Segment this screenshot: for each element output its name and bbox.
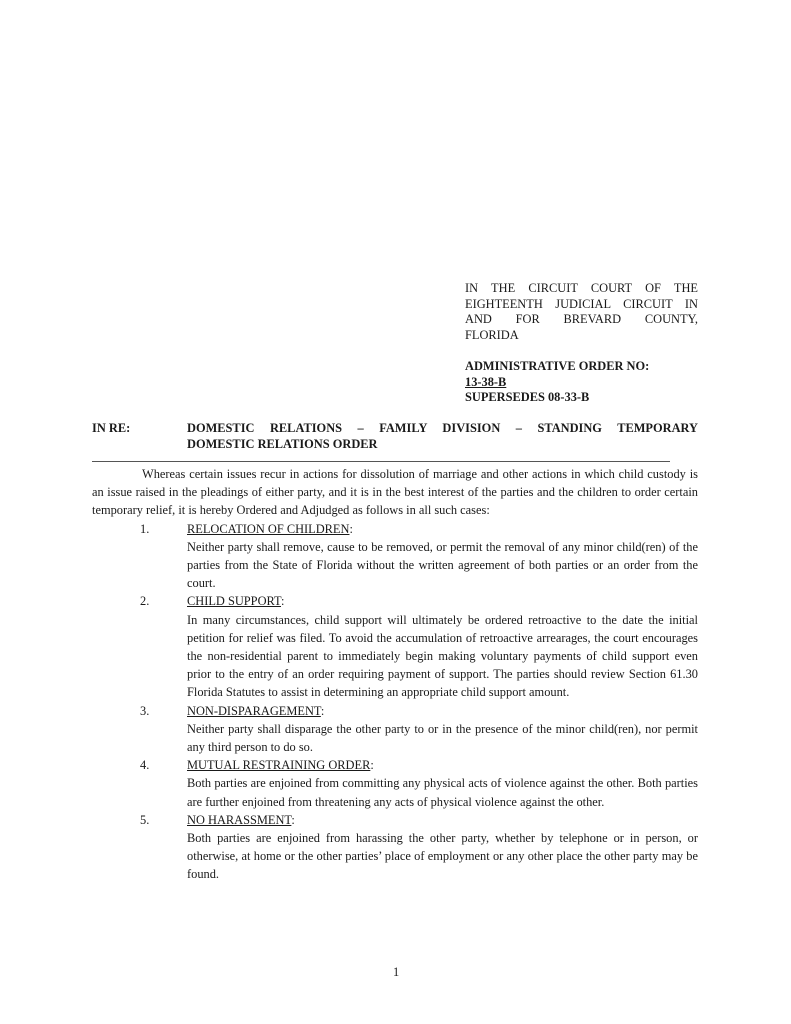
order-label: ADMINISTRATIVE ORDER NO: <box>465 359 705 375</box>
provision-number: 5. <box>140 811 149 829</box>
court-caption-line: FLORIDA <box>465 328 698 344</box>
supersedes-note: SUPERSEDES 08-33-B <box>465 390 705 406</box>
court-caption-line: EIGHTEENTH JUDICIAL CIRCUIT IN <box>465 297 698 313</box>
order-title-line: DOMESTIC RELATIONS – FAMILY DIVISION – S… <box>187 421 698 437</box>
provision-item: 4. MUTUAL RESTRAINING ORDER: Both partie… <box>92 756 698 811</box>
order-title-line: DOMESTIC RELATIONS ORDER <box>187 437 698 453</box>
administrative-order-block: ADMINISTRATIVE ORDER NO: 13-38-B SUPERSE… <box>465 359 705 406</box>
provision-body: Neither party shall disparage the other … <box>187 720 698 756</box>
provision-heading: CHILD SUPPORT: <box>187 592 698 610</box>
section-divider <box>92 461 670 462</box>
provision-body: Neither party shall remove, cause to be … <box>187 538 698 593</box>
document-page: IN THE CIRCUIT COURT OF THE EIGHTEENTH J… <box>0 0 791 1024</box>
provision-number: 1. <box>140 520 149 538</box>
order-body: Whereas certain issues recur in actions … <box>92 465 698 884</box>
provision-heading: NON-DISPARAGEMENT: <box>187 702 698 720</box>
order-provisions: 1. RELOCATION OF CHILDREN: Neither party… <box>92 520 698 884</box>
provision-body: Both parties are enjoined from harassing… <box>187 829 698 884</box>
court-caption-line: IN THE CIRCUIT COURT OF THE <box>465 281 698 297</box>
provision-item: 3. NON-DISPARAGEMENT: Neither party shal… <box>92 702 698 757</box>
order-number: 13-38-B <box>465 375 705 391</box>
order-title: DOMESTIC RELATIONS – FAMILY DIVISION – S… <box>187 421 698 452</box>
provision-body: Both parties are enjoined from committin… <box>187 774 698 810</box>
provision-heading: RELOCATION OF CHILDREN: <box>187 520 698 538</box>
court-caption: IN THE CIRCUIT COURT OF THE EIGHTEENTH J… <box>465 281 698 343</box>
provision-heading: NO HARASSMENT: <box>187 811 698 829</box>
provision-number: 2. <box>140 592 149 610</box>
provision-body: In many circumstances, child support wil… <box>187 611 698 702</box>
preamble-text: Whereas certain issues recur in actions … <box>92 467 698 517</box>
provision-item: 2. CHILD SUPPORT: In many circumstances,… <box>92 592 698 701</box>
in-re-label: IN RE: <box>92 421 130 436</box>
preamble-paragraph: Whereas certain issues recur in actions … <box>92 465 698 520</box>
provision-item: 1. RELOCATION OF CHILDREN: Neither party… <box>92 520 698 593</box>
provision-number: 3. <box>140 702 149 720</box>
provision-heading: MUTUAL RESTRAINING ORDER: <box>187 756 698 774</box>
page-number: 1 <box>393 965 399 980</box>
court-caption-line: AND FOR BREVARD COUNTY, <box>465 312 698 328</box>
provision-item: 5. NO HARASSMENT: Both parties are enjoi… <box>92 811 698 884</box>
provision-number: 4. <box>140 756 149 774</box>
